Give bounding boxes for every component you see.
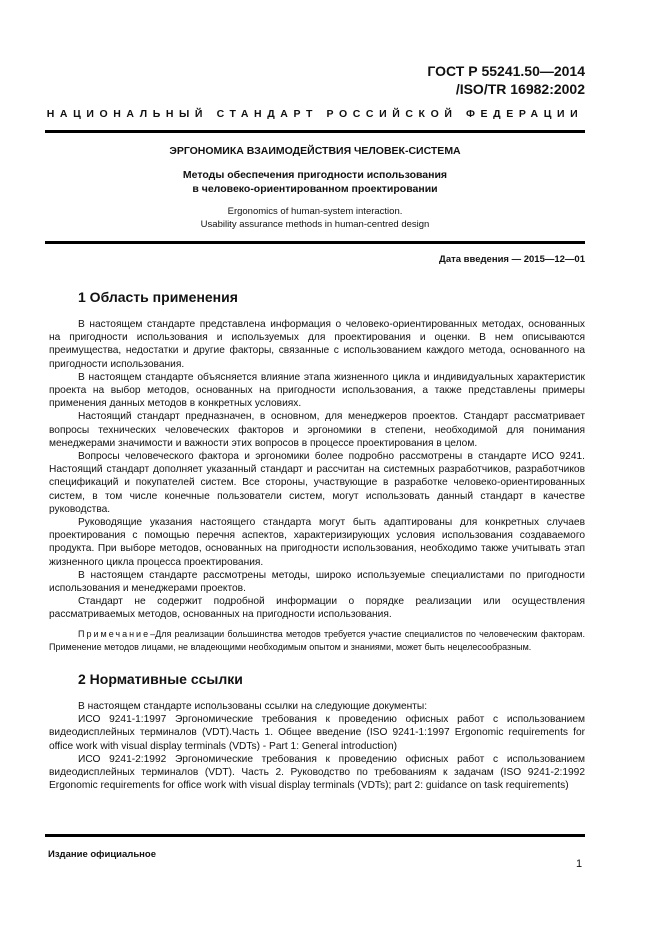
paragraph: Настоящий стандарт предназначен, в основ…: [49, 410, 585, 450]
subtitle-line-2: в человеко-ориентированном проектировани…: [45, 182, 585, 196]
national-standard-banner: НАЦИОНАЛЬНЫЙ СТАНДАРТ РОССИЙСКОЙ ФЕДЕРАЦ…: [45, 108, 585, 120]
section-1-heading: 1 Область применения: [78, 289, 238, 305]
standard-designation: ГОСТ Р 55241.50—2014 /ISO/TR 16982:2002: [427, 62, 585, 98]
english-title: Ergonomics of human-system interaction. …: [45, 205, 585, 231]
note-label: Примечание: [78, 629, 150, 639]
section-1-note: Примечание–Для реализации большинства ме…: [49, 628, 585, 653]
paragraph: В настоящем стандарте использованы ссылк…: [49, 700, 585, 713]
reference-item: ИСО 9241-2:1992 Эргономические требовани…: [49, 753, 585, 793]
section-2-body: В настоящем стандарте использованы ссылк…: [49, 700, 585, 792]
paragraph: Стандарт не содержит подробной информаци…: [49, 595, 585, 621]
title-divider: [45, 241, 585, 244]
paragraph: Руководящие указания настоящего стандарт…: [49, 516, 585, 569]
top-divider: [45, 130, 585, 133]
section-1-body: В настоящем стандарте представлена инфор…: [49, 318, 585, 622]
english-title-line-1: Ergonomics of human-system interaction.: [45, 205, 585, 218]
footer-divider: [45, 834, 585, 837]
designation-gost: ГОСТ Р 55241.50—2014: [427, 62, 585, 80]
designation-iso: /ISO/TR 16982:2002: [427, 80, 585, 98]
document-title: ЭРГОНОМИКА ВЗАИМОДЕЙСТВИЯ ЧЕЛОВЕК-СИСТЕМ…: [45, 145, 585, 157]
subtitle-line-1: Методы обеспечения пригодности использов…: [45, 168, 585, 182]
paragraph: В настоящем стандарте рассмотрены методы…: [49, 569, 585, 595]
reference-item: ИСО 9241-1:1997 Эргономические требовани…: [49, 713, 585, 753]
paragraph: Вопросы человеческого фактора и эргономи…: [49, 450, 585, 516]
official-edition-label: Издание официальное: [48, 849, 156, 860]
document-subtitle: Методы обеспечения пригодности использов…: [45, 168, 585, 196]
paragraph: В настоящем стандарте представлена инфор…: [49, 318, 585, 371]
page-number: 1: [576, 858, 582, 870]
section-2-heading: 2 Нормативные ссылки: [78, 671, 243, 687]
english-title-line-2: Usability assurance methods in human-cen…: [45, 218, 585, 231]
introduction-date: Дата введения — 2015—12—01: [439, 254, 585, 265]
paragraph: В настоящем стандарте объясняется влияни…: [49, 371, 585, 411]
